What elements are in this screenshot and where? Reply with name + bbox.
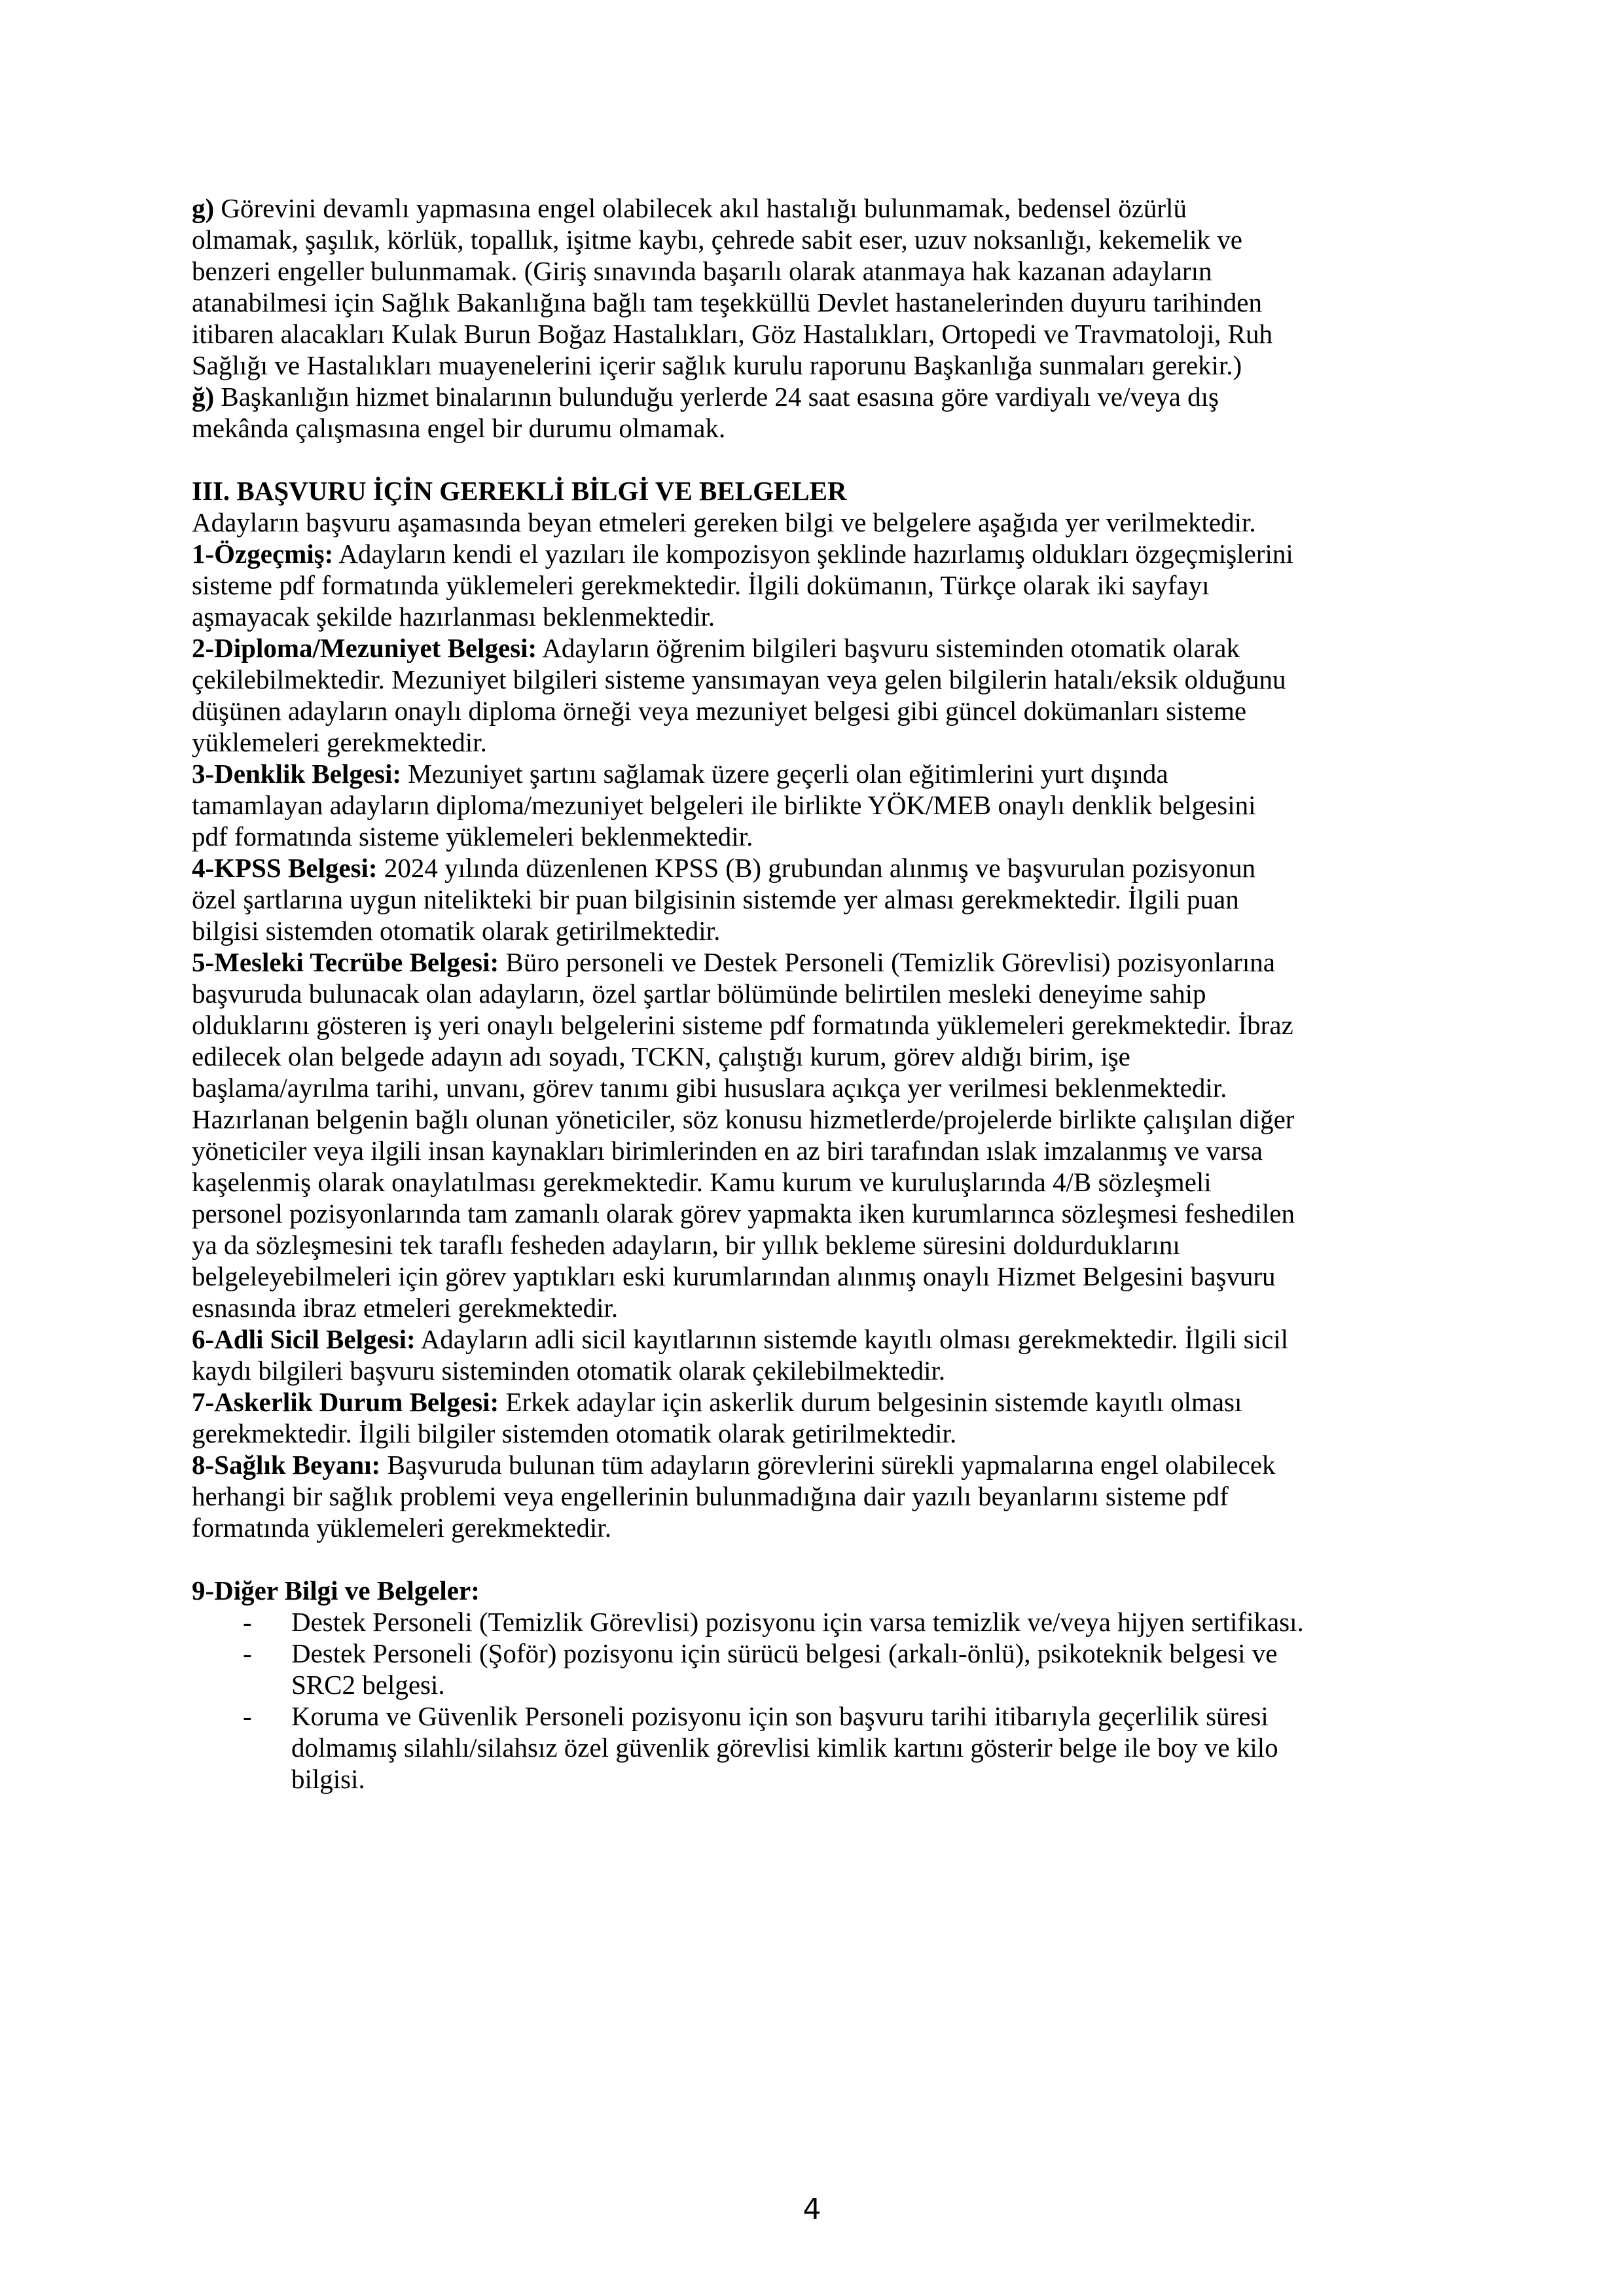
text-line: pdf formatında sisteme yüklemeleri bekle… xyxy=(192,821,1449,852)
text-line: dolmamış silahlı/silahsız özel güvenlik … xyxy=(291,1732,1449,1763)
text-line: 2024 yılında düzenlenen KPSS (B) grubund… xyxy=(378,853,1255,883)
bullet-item: - Koruma ve Güvenlik Personeli pozisyonu… xyxy=(192,1700,1449,1795)
text-line: Destek Personeli (Temizlik Görevlisi) po… xyxy=(291,1606,1449,1638)
text-line: düşünen adayların onaylı diploma örneği … xyxy=(192,695,1449,726)
item-diploma: 2-Diploma/Mezuniyet Belgesi: Adayların ö… xyxy=(192,632,1449,758)
text-line: aşmayacak şekilde hazırlanması beklenmek… xyxy=(192,601,1449,632)
text-line: Koruma ve Güvenlik Personeli pozisyonu i… xyxy=(291,1700,1449,1732)
bullet-item: - Destek Personeli (Şoför) pozisyonu içi… xyxy=(192,1638,1449,1700)
section-intro: Adayların başvuru aşamasında beyan etmel… xyxy=(192,507,1449,538)
dash-bullet-icon: - xyxy=(243,1606,252,1638)
item-ozgecmis: 1-Özgeçmiş: Adayların kendi el yazıları … xyxy=(192,538,1449,632)
text-line: çekilebilmektedir. Mezuniyet bilgileri s… xyxy=(192,664,1449,695)
text-line: herhangi bir sağlık problemi veya engell… xyxy=(192,1480,1449,1512)
text-line: başvuruda bulunacak olan adayların, özel… xyxy=(192,978,1449,1009)
item-saglik-beyani: 8-Sağlık Beyanı: Başvuruda bulunan tüm a… xyxy=(192,1449,1449,1543)
text-line: Büro personeli ve Destek Personeli (Temi… xyxy=(499,947,1275,977)
text-line: itibaren alacakları Kulak Burun Boğaz Ha… xyxy=(192,318,1449,350)
item-denklik: 3-Denklik Belgesi: Mezuniyet şartını sağ… xyxy=(192,758,1449,852)
dash-bullet-icon: - xyxy=(243,1700,252,1732)
text-line: yüklemeleri gerekmektedir. xyxy=(192,726,1449,758)
page-body: g) Görevini devamlı yapmasına engel olab… xyxy=(192,192,1449,1795)
text-line: bilgisi. xyxy=(291,1763,1449,1795)
clause-label: g) xyxy=(192,193,214,223)
text-line: atanabilmesi için Sağlık Bakanlığına bağ… xyxy=(192,287,1449,318)
text-line: olmamak, şaşılık, körlük, topallık, işit… xyxy=(192,224,1449,255)
text-line: Hazırlanan belgenin bağlı olunan yönetic… xyxy=(192,1103,1449,1135)
item-label: 3-Denklik Belgesi: xyxy=(192,759,401,789)
text-line: benzeri engeller bulunmamak. (Giriş sına… xyxy=(192,255,1449,287)
item-label: 5-Mesleki Tecrübe Belgesi: xyxy=(192,947,499,977)
text-line: olduklarını gösteren iş yeri onaylı belg… xyxy=(192,1009,1449,1041)
item-label: 9-Diğer Bilgi ve Belgeler: xyxy=(192,1575,1449,1606)
bullet-item: - Destek Personeli (Temizlik Görevlisi) … xyxy=(192,1606,1449,1638)
section-heading: III. BAŞVURU İÇİN GEREKLİ BİLGİ VE BELGE… xyxy=(192,475,1449,507)
bullet-list: - Destek Personeli (Temizlik Görevlisi) … xyxy=(192,1606,1449,1795)
text-line: Mezuniyet şartını sağlamak üzere geçerli… xyxy=(401,759,1168,789)
text-line: formatında yüklemeleri gerekmektedir. xyxy=(192,1512,1449,1543)
item-label: 1-Özgeçmiş: xyxy=(192,539,333,569)
text-line: Adayların öğrenim bilgileri başvuru sist… xyxy=(537,633,1240,663)
clause-label: ğ) xyxy=(192,382,214,412)
spacer xyxy=(192,1543,1449,1575)
text-line: belgeleyebilmeleri için görev yaptıkları… xyxy=(192,1261,1449,1292)
dash-bullet-icon: - xyxy=(243,1638,252,1669)
item-askerlik: 7-Askerlik Durum Belgesi: Erkek adaylar … xyxy=(192,1386,1449,1449)
text-line: başlama/ayrılma tarihi, unvanı, görev ta… xyxy=(192,1072,1449,1103)
text-line: Görevini devamlı yapmasına engel olabile… xyxy=(214,193,1187,223)
text-line: SRC2 belgesi. xyxy=(291,1669,1449,1700)
document-page: g) Görevini devamlı yapmasına engel olab… xyxy=(0,0,1624,2296)
text-line: sisteme pdf formatında yüklemeleri gerek… xyxy=(192,569,1449,601)
text-line: gerekmektedir. İlgili bilgiler sistemden… xyxy=(192,1418,1449,1449)
text-line: personel pozisyonlarında tam zamanlı ola… xyxy=(192,1198,1449,1229)
item-kpss: 4-KPSS Belgesi: 2024 yılında düzenlenen … xyxy=(192,852,1449,946)
text-line: mekânda çalışmasına engel bir durumu olm… xyxy=(192,412,1449,444)
item-label: 4-KPSS Belgesi: xyxy=(192,853,378,883)
text-line: Başkanlığın hizmet binalarının bulunduğu… xyxy=(214,382,1219,412)
item-adli-sicil: 6-Adli Sicil Belgesi: Adayların adli sic… xyxy=(192,1323,1449,1386)
item-label: 7-Askerlik Durum Belgesi: xyxy=(192,1387,499,1417)
text-line: Sağlığı ve Hastalıkları muayenelerini iç… xyxy=(192,350,1449,381)
text-line: kaydı bilgileri başvuru sisteminden otom… xyxy=(192,1355,1449,1386)
page-number: 4 xyxy=(0,2194,1624,2225)
spacer xyxy=(192,444,1449,475)
text-line: tamamlayan adayların diploma/mezuniyet b… xyxy=(192,789,1449,821)
clause-g-breve: ğ) Başkanlığın hizmet binalarının bulund… xyxy=(192,381,1449,444)
text-line: Adayların kendi el yazıları ile kompozis… xyxy=(333,539,1293,569)
item-mesleki-tecrube: 5-Mesleki Tecrübe Belgesi: Büro personel… xyxy=(192,946,1449,1323)
text-line: bilgisi sistemden otomatik olarak getiri… xyxy=(192,915,1449,946)
text-line: esnasında ibraz etmeleri gerekmektedir. xyxy=(192,1292,1449,1323)
text-line: Destek Personeli (Şoför) pozisyonu için … xyxy=(291,1638,1449,1669)
item-diger-belgeler: 9-Diğer Bilgi ve Belgeler: - Destek Pers… xyxy=(192,1575,1449,1795)
clause-g: g) Görevini devamlı yapmasına engel olab… xyxy=(192,192,1449,381)
text-line: yöneticiler veya ilgili insan kaynakları… xyxy=(192,1135,1449,1166)
text-line: ya da sözleşmesini tek taraflı fesheden … xyxy=(192,1229,1449,1261)
text-line: Erkek adaylar için askerlik durum belges… xyxy=(499,1387,1242,1417)
text-line: kaşelenmiş olarak onaylatılması gerekmek… xyxy=(192,1166,1449,1198)
text-line: Adayların adli sicil kayıtlarının sistem… xyxy=(416,1324,1288,1354)
text-line: Başvuruda bulunan tüm adayların görevler… xyxy=(380,1450,1275,1480)
text-line: özel şartlarına uygun nitelikteki bir pu… xyxy=(192,884,1449,915)
item-label: 8-Sağlık Beyanı: xyxy=(192,1450,380,1480)
item-label: 6-Adli Sicil Belgesi: xyxy=(192,1324,416,1354)
text-line: edilecek olan belgede adayın adı soyadı,… xyxy=(192,1041,1449,1072)
item-label: 2-Diploma/Mezuniyet Belgesi: xyxy=(192,633,537,663)
